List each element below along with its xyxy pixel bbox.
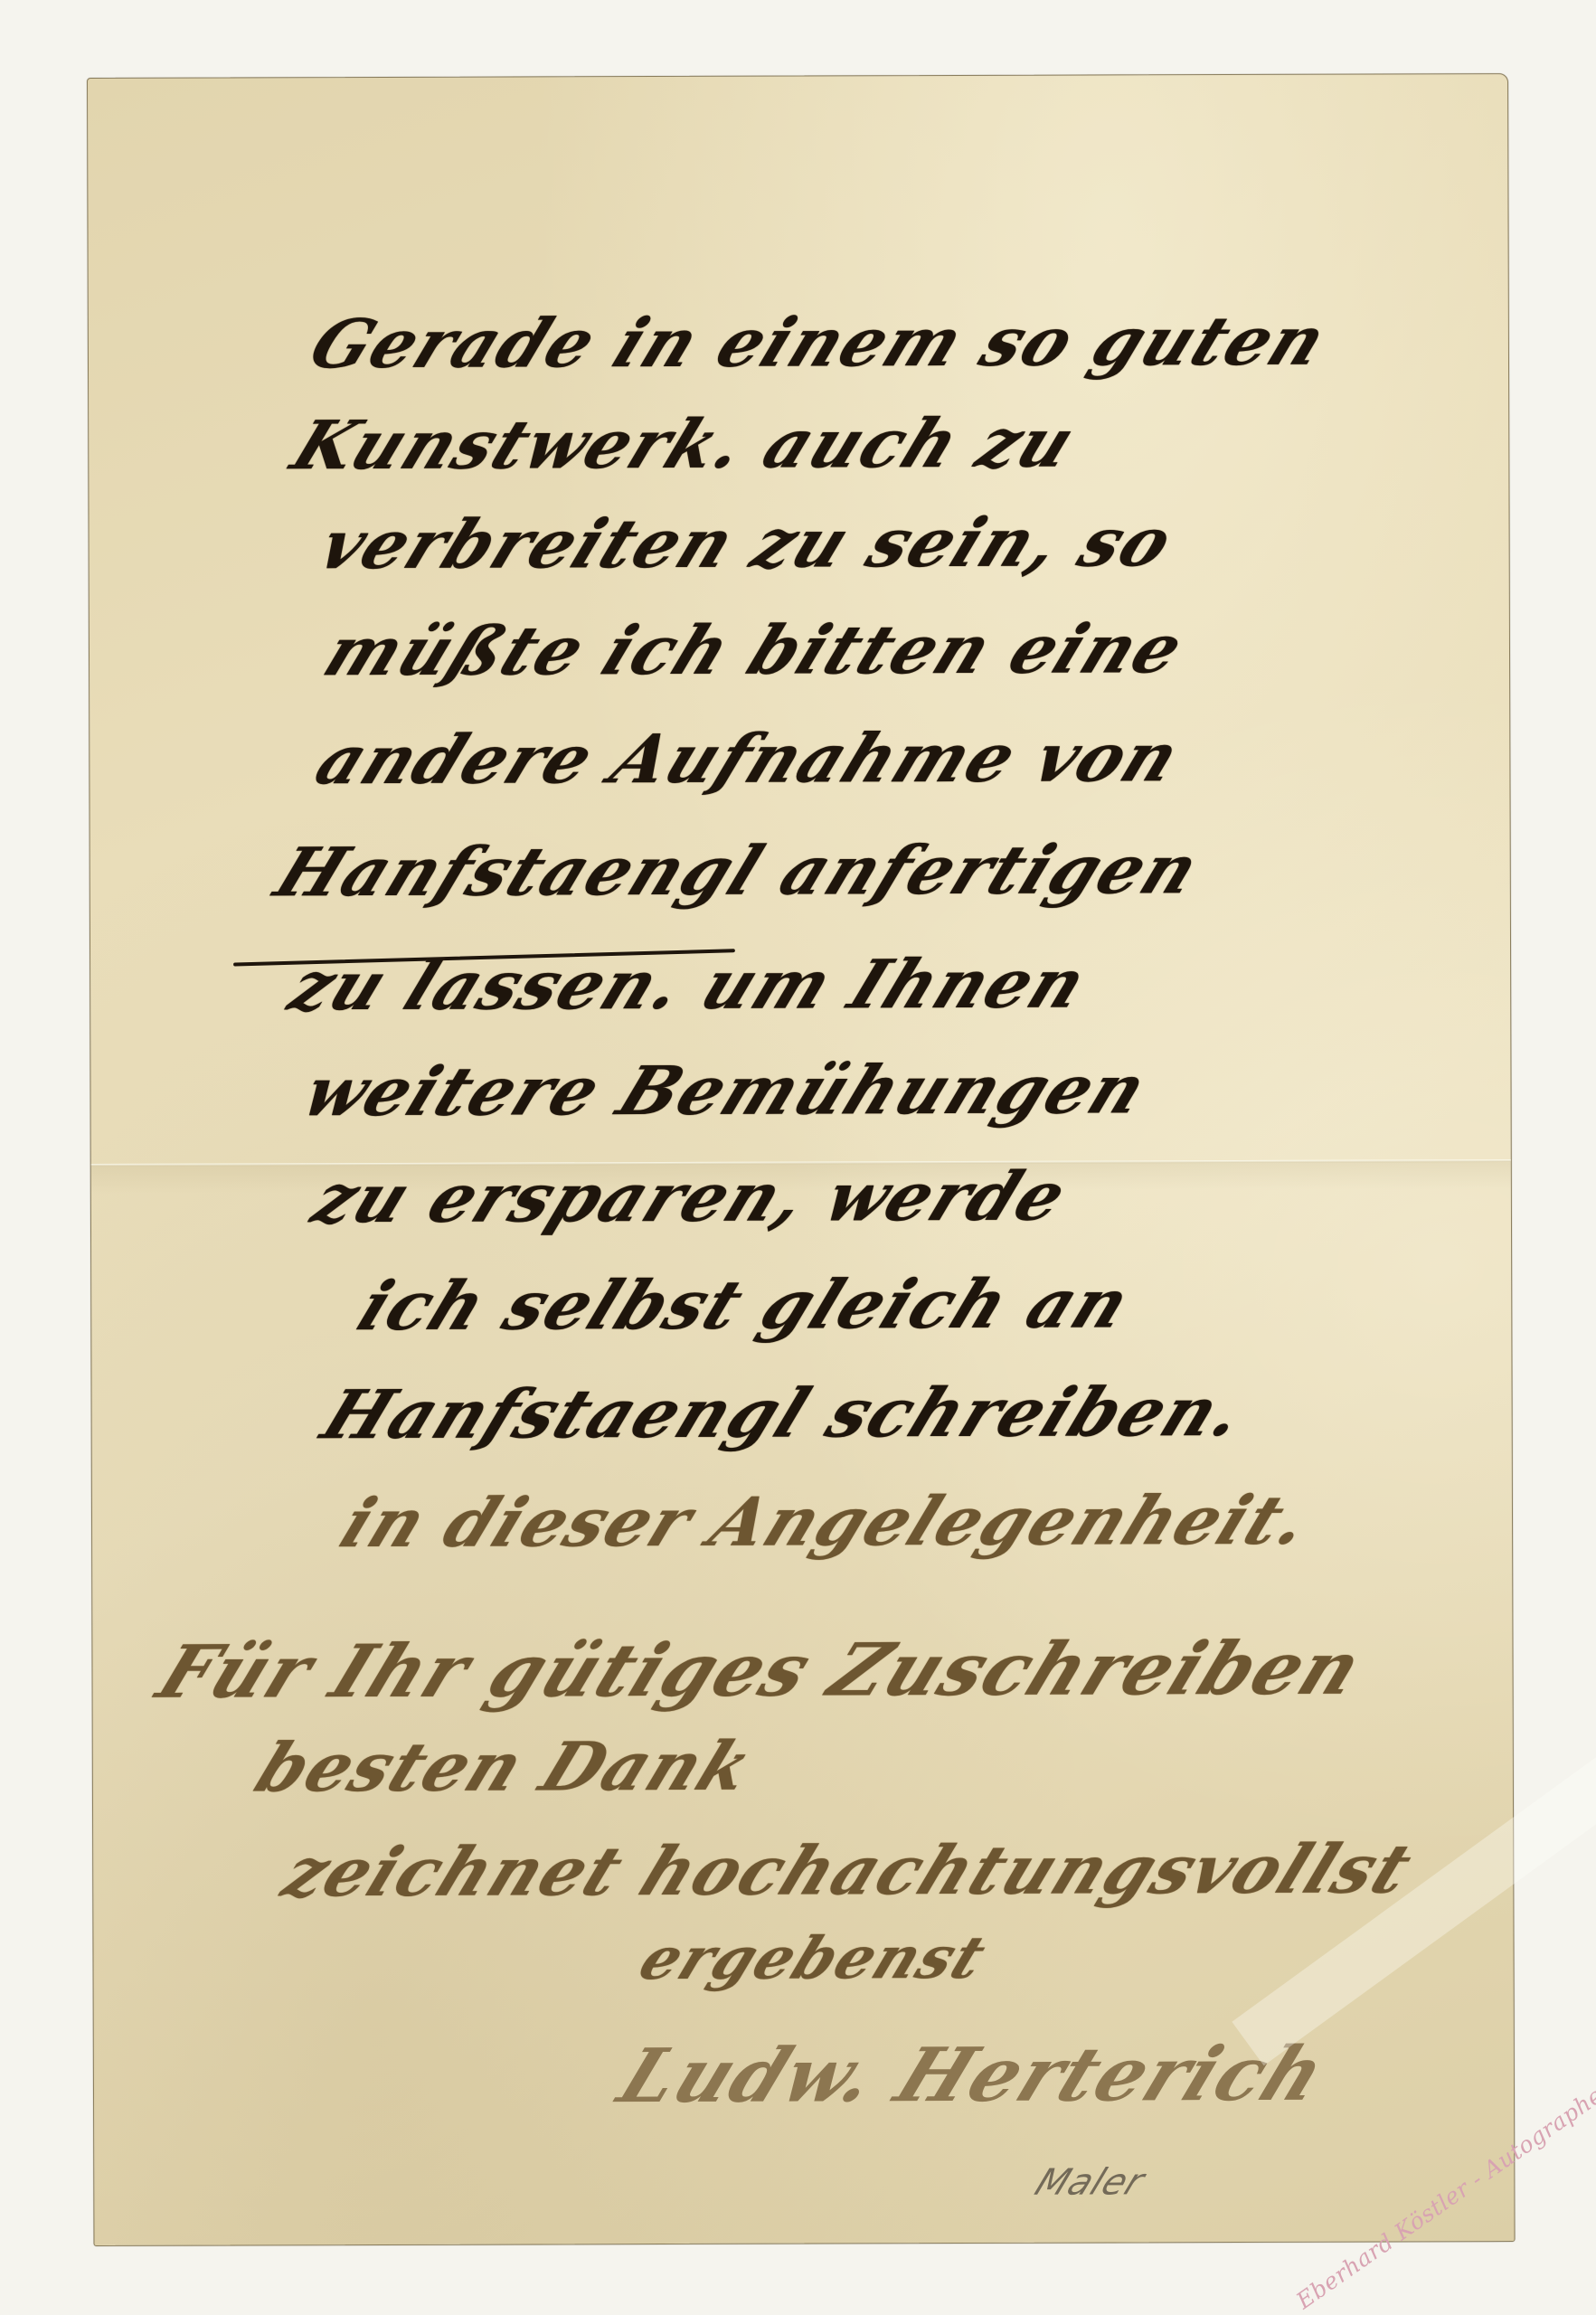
closing-line-2: besten Dank <box>247 1734 762 1802</box>
letter-line-7: zu lassen. um Ihnen <box>280 950 1096 1020</box>
closing-line-3: zeichnet hochachtungsvollst <box>274 1836 1421 1906</box>
letter-line-2: Kunstwerk. auch zu <box>283 411 1085 480</box>
letter-line-4: müßte ich bitten eine <box>316 616 1194 685</box>
closing-line-1: Für Ihr gütiges Zuschreiben <box>149 1632 1373 1708</box>
letter-line-5: andere Aufnahme von <box>307 724 1189 794</box>
letter-line-8: weitere Bemühungen <box>295 1056 1157 1126</box>
pencil-note: Maler <box>1030 2164 1149 2200</box>
letter-line-12: in dieser Angelegenheit. <box>332 1488 1320 1557</box>
letter-line-6-hanfstaengl: Hanfstaengl anfertigen <box>267 836 1209 906</box>
letter-line-9: zu ersparen, werde <box>304 1164 1077 1233</box>
closing-line-4: ergebenst <box>632 1930 995 1989</box>
letter-line-10: ich selbst gleich an <box>349 1271 1139 1340</box>
signature: Ludw. Herterich <box>609 2037 1336 2114</box>
letter-line-3: verbreiten zu sein, so <box>311 509 1183 579</box>
letter-line-11: Hanfstaengl schreiben. <box>314 1379 1255 1449</box>
letter-line-1: Gerade in einem so guten <box>301 308 1336 379</box>
letter-sheet: Gerade in einem so guten Kunstwerk. auch… <box>87 73 1516 2246</box>
